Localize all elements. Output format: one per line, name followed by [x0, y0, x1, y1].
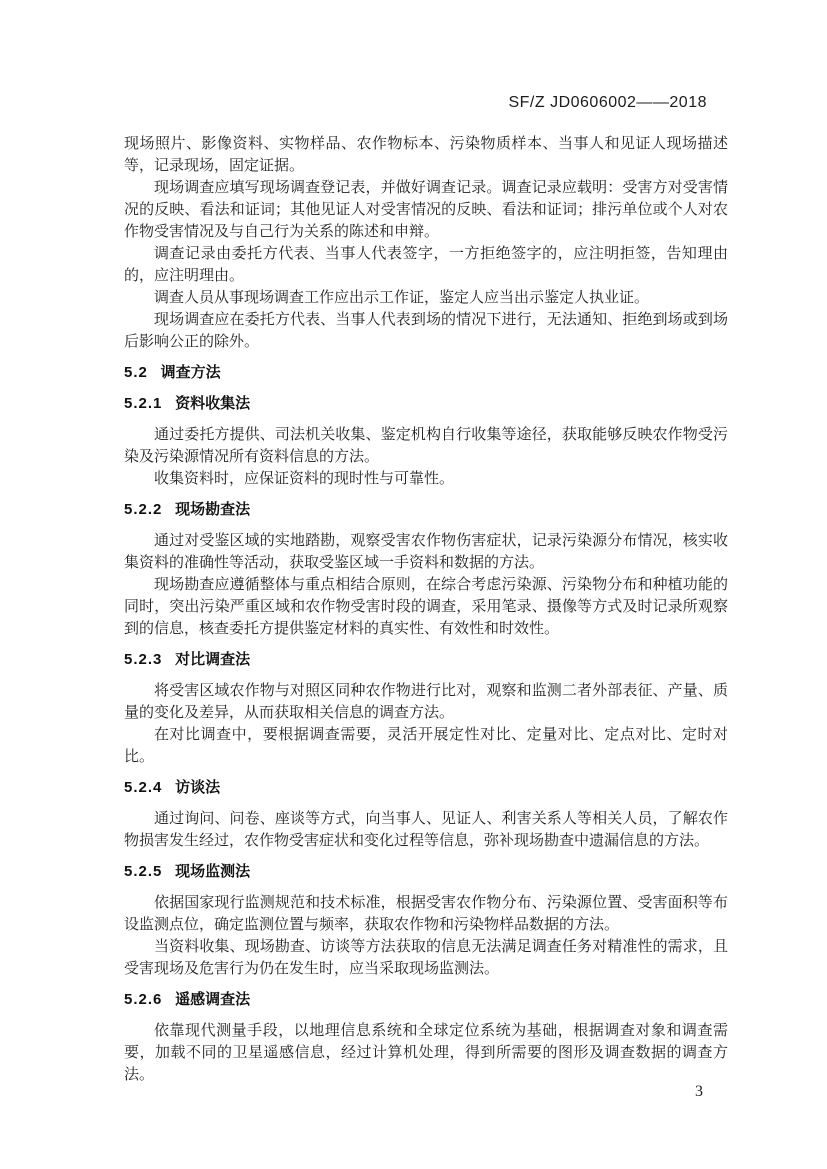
heading-5-2-1: 5.2.1资料收集法 [124, 393, 728, 415]
heading-5-2-3: 5.2.3对比调查法 [124, 649, 728, 671]
paragraph: 现场勘查应遵循整体与重点相结合原则，在综合考虑污染源、污染物分布和种植功能的同时… [124, 574, 728, 640]
heading-number: 5.2.2 [124, 499, 162, 521]
heading-title: 调查方法 [161, 364, 221, 381]
heading-title: 访谈法 [175, 779, 220, 796]
heading-title: 遥感调查法 [175, 991, 250, 1008]
heading-number: 5.2.3 [124, 649, 162, 671]
paragraph: 将受害区域农作物与对照区同种农作物进行比对，观察和监测二者外部表征、产量、质量的… [124, 680, 728, 724]
heading-title: 现场监测法 [175, 863, 250, 880]
heading-title: 现场勘查法 [175, 501, 250, 518]
paragraph: 收集资料时，应保证资料的现时性与可靠性。 [124, 468, 728, 490]
paragraph: 现场照片、影像资料、实物样品、农作物标本、污染物质样本、当事人和见证人现场描述等… [124, 133, 728, 177]
heading-5-2-6: 5.2.6遥感调查法 [124, 989, 728, 1011]
paragraph: 通过对受鉴区域的实地踏勘，观察受害农作物伤害症状，记录污染源分布情况，核实收集资… [124, 530, 728, 574]
document-body: 现场照片、影像资料、实物样品、农作物标本、污染物质样本、当事人和见证人现场描述等… [124, 133, 728, 1086]
paragraph: 在对比调查中，要根据调查需要，灵活开展定性对比、定量对比、定点对比、定时对比。 [124, 724, 728, 768]
heading-number: 5.2 [124, 362, 148, 384]
heading-5-2-2: 5.2.2现场勘查法 [124, 499, 728, 521]
heading-number: 5.2.6 [124, 989, 162, 1011]
paragraph: 现场调查应填写现场调查登记表，并做好调查记录。调查记录应载明：受害方对受害情况的… [124, 177, 728, 243]
heading-number: 5.2.4 [124, 777, 162, 799]
page-number: 3 [695, 1083, 703, 1101]
heading-number: 5.2.5 [124, 861, 162, 883]
paragraph: 调查人员从事现场调查工作应出示工作证，鉴定人应当出示鉴定人执业证。 [124, 287, 728, 309]
paragraph: 通过询问、问卷、座谈等方式，向当事人、见证人、利害关系人等相关人员，了解农作物损… [124, 808, 728, 852]
heading-5-2: 5.2调查方法 [124, 362, 728, 384]
heading-title: 资料收集法 [175, 395, 250, 412]
paragraph: 调查记录由委托方代表、当事人代表签字，一方拒绝签字的，应注明拒签，告知理由的，应… [124, 243, 728, 287]
heading-title: 对比调查法 [175, 651, 250, 668]
paragraph: 依据国家现行监测规范和技术标准，根据受害农作物分布、污染源位置、受害面积等布设监… [124, 892, 728, 936]
paragraph: 现场调查应在委托方代表、当事人代表到场的情况下进行，无法通知、拒绝到场或到场后影… [124, 309, 728, 353]
paragraph: 通过委托方提供、司法机关收集、鉴定机构自行收集等途径，获取能够反映农作物受污染及… [124, 424, 728, 468]
paragraph: 当资料收集、现场勘查、访谈等方法获取的信息无法满足调查任务对精准性的需求，且受害… [124, 936, 728, 980]
heading-number: 5.2.1 [124, 393, 162, 415]
heading-5-2-5: 5.2.5现场监测法 [124, 861, 728, 883]
paragraph: 依靠现代测量手段，以地理信息系统和全球定位系统为基础，根据调查对象和调查需要，加… [124, 1020, 728, 1086]
document-page: SF/Z JD0606002——2018 现场照片、影像资料、实物样品、农作物标… [0, 0, 827, 1169]
doc-number-header: SF/Z JD0606002——2018 [508, 94, 707, 112]
heading-5-2-4: 5.2.4访谈法 [124, 777, 728, 799]
